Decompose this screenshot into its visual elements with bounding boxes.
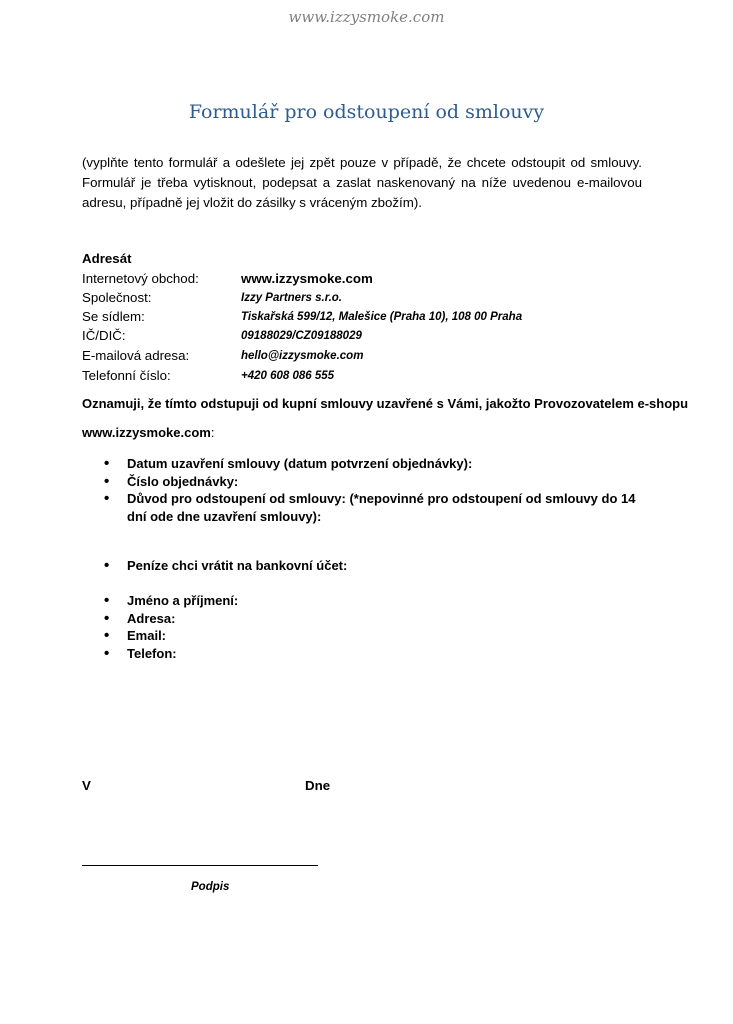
list-item: Číslo objednávky: [104,473,649,491]
row-value: www.izzysmoke.com [241,271,373,286]
list-item: Email: [104,627,238,645]
list-item: Peníze chci vrátit na bankovní účet: [104,557,347,575]
signature-line [82,865,318,866]
row-label: Telefonní číslo: [82,368,171,383]
contact-list: Jméno a příjmení: Adresa: Email: Telefon… [104,592,238,662]
declaration-site: www.izzysmoke.com: [82,425,214,440]
place-label: V [82,778,91,793]
row-value: Tiskařská 599/12, Malešice (Praha 10), 1… [241,311,522,323]
header-url: www.izzysmoke.com [0,8,733,26]
row-label: Se sídlem: [82,309,145,324]
declaration-site-suffix: : [211,425,215,440]
date-label: Dne [305,778,330,793]
intro-paragraph: (vyplňte tento formulář a odešlete jej z… [82,153,642,213]
list-item: Jméno a příjmení: [104,592,238,610]
row-value: Izzy Partners s.r.o. [241,292,342,304]
row-label: IČ/DIČ: [82,328,126,343]
declaration-text: Oznamuji, že tímto odstupuji od kupní sm… [82,396,688,411]
row-value: +420 608 086 555 [241,370,334,382]
row-value: hello@izzysmoke.com [241,350,363,362]
row-label: Internetový obchod: [82,271,199,286]
addressee-heading: Adresát [82,251,132,266]
page-title: Formulář pro odstoupení od smlouvy [0,101,733,123]
list-item: Datum uzavření smlouvy (datum potvrzení … [104,455,649,473]
list-item: Telefon: [104,645,238,663]
list-item: Důvod pro odstoupení od smlouvy: (*nepov… [104,490,649,525]
declaration-site-url: www.izzysmoke.com [82,425,211,440]
row-label: E-mailová adresa: [82,348,189,363]
order-details-list: Datum uzavření smlouvy (datum potvrzení … [104,455,649,525]
signature-label: Podpis [191,881,229,893]
list-item: Adresa: [104,610,238,628]
row-label: Společnost: [82,290,151,305]
row-value: 09188029/CZ09188029 [241,330,362,342]
refund-list: Peníze chci vrátit na bankovní účet: [104,557,347,575]
